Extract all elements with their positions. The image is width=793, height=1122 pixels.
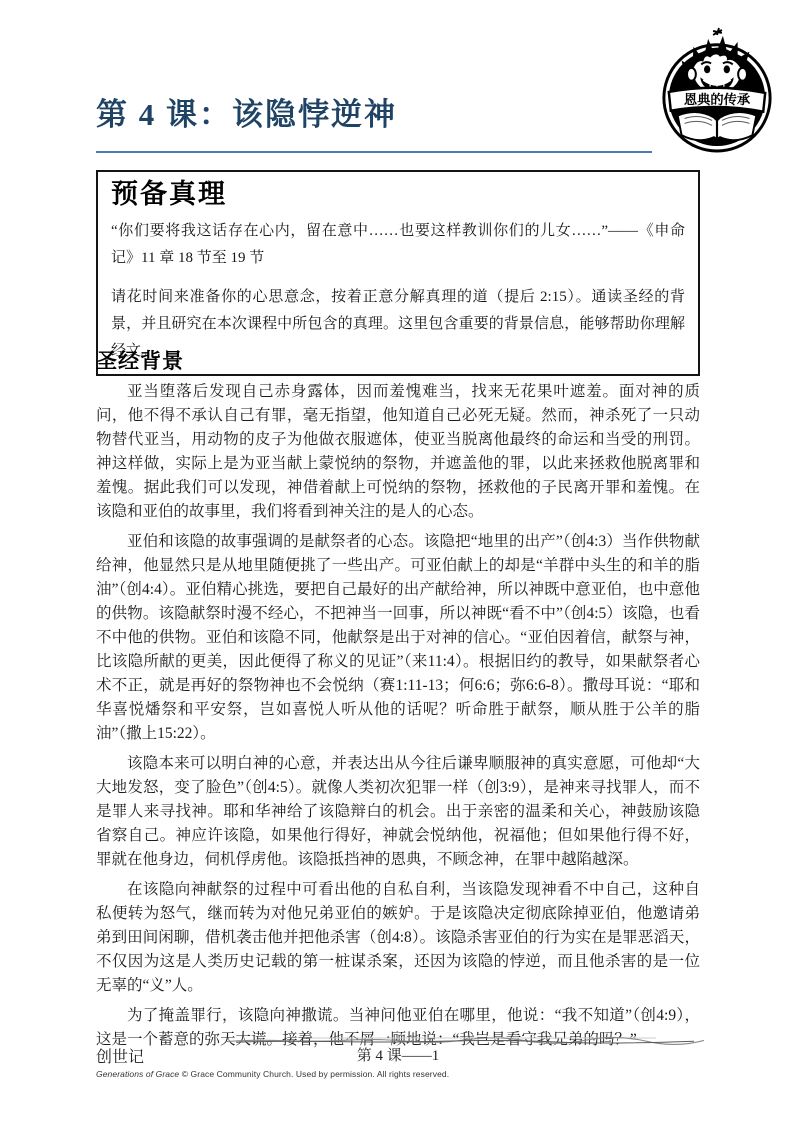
logo-banner-text: 恩典的传承 <box>684 91 751 107</box>
bible-background-section: 圣经背景 亚当堕落后发现自己赤身露体，因而羞愧难当，找来无花果叶遮羞。面对神的质… <box>96 348 700 1052</box>
document-page: 恩典的传承 第 4 课：该隐悖逆神 预备真理 “你们要将我这话存在心内，留在意中… <box>0 0 793 1122</box>
lesson-title: 第 4 课：该隐悖逆神 <box>96 92 656 138</box>
background-paragraph-4: 在该隐向神献祭的过程中可看出他的自私自利，当该隐发现神看不中自己，这种自私便转为… <box>96 878 700 998</box>
copyright-rights-text: © Grace Community Church. Used by permis… <box>179 1069 449 1079</box>
footer-page-label: 第 4 课——1 <box>96 1044 700 1065</box>
grace-logo-emblem: 恩典的传承 <box>658 26 776 154</box>
copyright-series-name: Generations of Grace <box>96 1069 179 1079</box>
prepare-truth-box: 预备真理 “你们要将我这话存在心内，留在意中……也要这样教训你们的儿女……”——… <box>96 170 700 376</box>
title-divider <box>96 151 652 153</box>
footer-copyright: Generations of Grace © Grace Community C… <box>96 1069 449 1079</box>
bible-background-heading: 圣经背景 <box>96 348 700 376</box>
background-paragraph-2: 亚伯和该隐的故事强调的是献祭者的心态。该隐把“地里的出产”（创4:3）当作供物献… <box>96 530 700 746</box>
prepare-truth-heading: 预备真理 <box>111 177 685 211</box>
background-paragraph-1: 亚当堕落后发现自己赤身露体，因而羞愧难当，找来无花果叶遮羞。面对神的质问，他不得… <box>96 380 700 524</box>
scripture-quote: “你们要将我这话存在心内，留在意中……也要这样教训你们的儿女……”——《申命记》… <box>111 218 685 272</box>
background-paragraph-3: 该隐本来可以明白神的心意，并表达出从今往后谦卑顺服神的真实意愿，可他却“大大地发… <box>96 752 700 872</box>
grace-logo: 恩典的传承 <box>658 26 776 154</box>
